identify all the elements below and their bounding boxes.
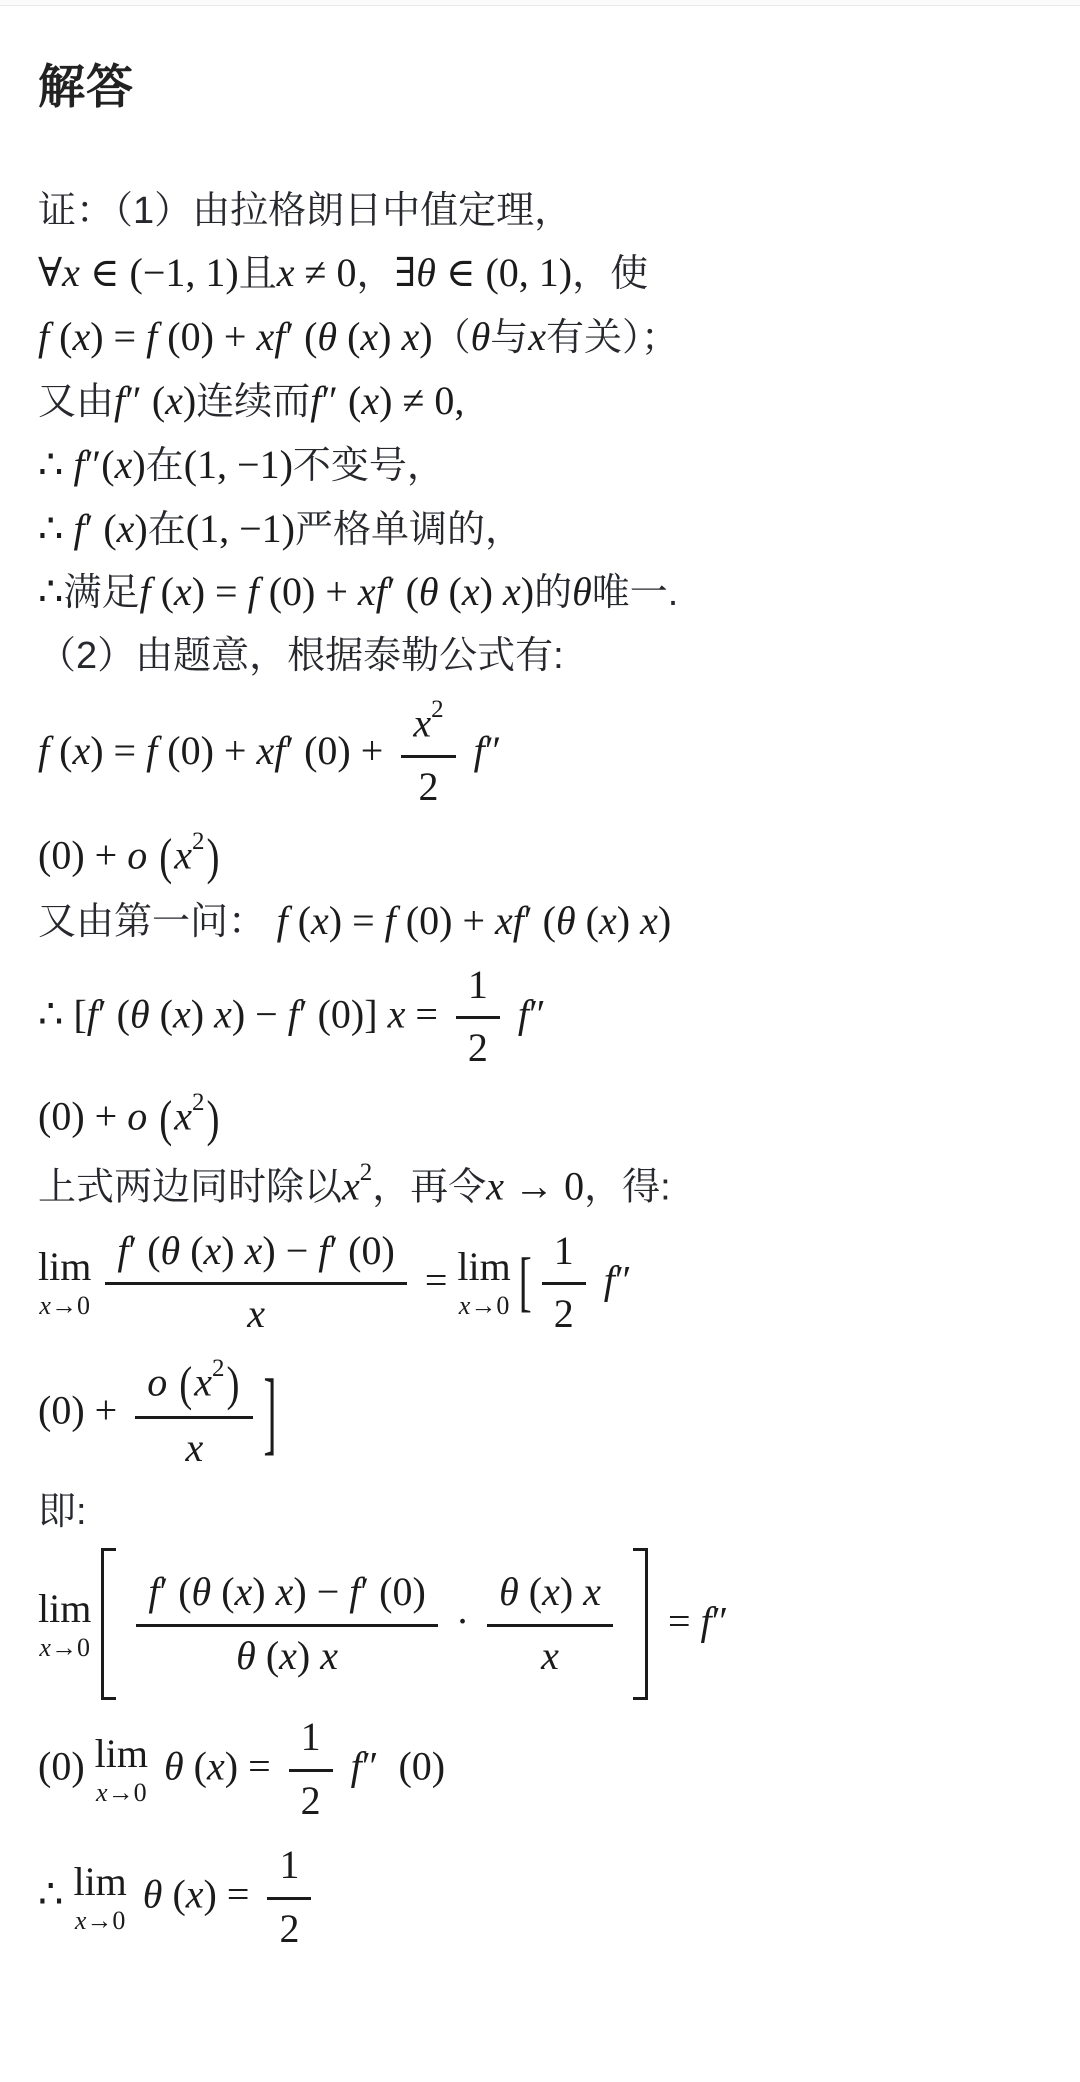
superscript: 2 — [192, 1086, 205, 1119]
text-run: 严格单调的， — [295, 509, 523, 551]
math-run: (1, −1) — [184, 442, 293, 487]
math-run: ∴ [f′ (θ (x) x) − f′ (0)] x = — [38, 991, 448, 1036]
text-run: 在 — [148, 509, 186, 551]
fraction: 12 — [542, 1225, 586, 1342]
text-run: 有关）； — [546, 317, 679, 359]
limit-operator: limx→0 — [457, 1246, 510, 1319]
math-run: = — [415, 1257, 458, 1302]
fraction: 12 — [267, 1839, 311, 1956]
math-run: x — [185, 1425, 203, 1470]
math-run: 2 — [279, 1906, 299, 1951]
text-run: 连续而 — [196, 381, 310, 423]
line-limit-equation: limx→0f′ (θ (x) x) − f′ (0)x = limx→0[12… — [38, 1225, 1040, 1342]
math-run: f (x) = f (0) + xf′ (θ (x) x) — [38, 314, 433, 359]
fraction-numerator: x2 — [401, 693, 455, 758]
fraction: 12 — [456, 959, 500, 1076]
math-run: θ (x) = — [154, 1744, 281, 1789]
fraction-numerator: θ (x) x — [487, 1566, 613, 1627]
text-run: （2）由题意，根据泰勒公式有: — [38, 635, 564, 677]
fraction-denominator: x — [135, 1419, 253, 1475]
bracket-left — [101, 1548, 116, 1700]
line-difference-eq: ∴ [f′ (θ (x) x) − f′ (0)] x = 12 f″ — [38, 959, 1040, 1076]
limit-subscript: x→0 — [96, 1779, 147, 1806]
limit-word: lim — [38, 1588, 91, 1630]
math-run: 2 — [468, 1025, 488, 1070]
superscript: 2 — [431, 696, 444, 725]
fraction-denominator: 2 — [456, 1019, 500, 1075]
math-run: (0) + o — [38, 832, 157, 877]
text-run: 证：（1）由拉格朗日中值定理， — [38, 190, 572, 232]
limit-subscript: x→0 — [39, 1634, 90, 1661]
fraction-numerator: 1 — [542, 1225, 586, 1286]
math-run: ∴ f″(x) — [38, 442, 146, 487]
bracket-left: [ — [519, 1239, 532, 1326]
text-run: ，使 — [572, 253, 648, 295]
math-run: 1 — [301, 1714, 321, 1759]
line-taylor-remainder: (0) + o (x2) — [38, 825, 1040, 884]
text-run: 又由第一问： — [38, 901, 277, 943]
math-run: θ — [471, 314, 491, 359]
fraction: f′ (θ (x) x) − f′ (0)x — [105, 1225, 406, 1342]
math-run: θ (x) x — [236, 1633, 338, 1678]
bracket-right: ) — [226, 1357, 239, 1413]
line-difference-eq-remainder: (0) + o (x2) — [38, 1086, 1040, 1145]
line-taylor-formula: f (x) = f (0) + xf′ (0) + x22 f″ — [38, 693, 1040, 814]
text-run: ， — [356, 253, 394, 295]
line-recall-part1: 又由第一问： f (x) = f (0) + xf′ (θ (x) x) — [38, 895, 1040, 948]
text-run: ，得: — [584, 1167, 671, 1209]
math-run: θ (x) = — [133, 1872, 260, 1917]
math-run: x — [528, 314, 546, 359]
limit-word: lim — [38, 1246, 91, 1288]
line-product-limit: limx→0f′ (θ (x) x) − f′ (0)θ (x) x · θ (… — [38, 1548, 1040, 1700]
math-run: ∃θ ∈ (0, 1) — [394, 250, 572, 295]
line-strictly-monotone: ∴ f′ (x)在(1, −1)严格单调的， — [38, 503, 1040, 556]
line-continuity: 又由f″ (x)连续而f″ (x) ≠ 0, — [38, 375, 1040, 428]
line-final-conclusion: ∴ limx→0 θ (x) = 12 — [38, 1839, 1040, 1956]
math-run: f′ (θ (x) x) − f′ (0) — [117, 1228, 394, 1273]
superscript: 2 — [192, 825, 205, 858]
math-run: 2 — [301, 1778, 321, 1823]
limit-operator: limx→0 — [38, 1246, 91, 1319]
text-run: 唯一. — [592, 572, 679, 614]
text-run: 不变号， — [293, 445, 445, 487]
math-run: θ — [572, 569, 592, 614]
bracket-right: ] — [263, 1352, 276, 1476]
math-run: (0) + — [38, 1388, 127, 1433]
line-forall-statement: ∀x ∈ (−1, 1)且x ≠ 0，∃θ ∈ (0, 1)，使 — [38, 247, 1040, 300]
math-run: x→0 — [75, 1906, 126, 1935]
text-run: 与 — [490, 317, 528, 359]
math-run: o — [147, 1360, 177, 1405]
text-run: 满足 — [63, 572, 139, 614]
math-run: f″ — [464, 728, 502, 773]
math-run: x — [541, 1633, 559, 1678]
math-run: ∴ — [38, 569, 63, 614]
text-run: 即: — [38, 1491, 87, 1533]
fraction: o (x2)x — [135, 1352, 253, 1474]
math-run: ∴ — [38, 1872, 73, 1917]
line-divide-both-sides: 上式两边同时除以x2，再令x → 0，得: — [38, 1156, 1040, 1213]
math-run: f″ (0) — [341, 1744, 445, 1789]
bracket-right: ) — [206, 1086, 219, 1153]
text-run: ，再令 — [372, 1167, 486, 1209]
fraction-denominator: θ (x) x — [136, 1627, 437, 1683]
math-run: f (x) = f (0) + xf′ (0) + — [38, 728, 393, 773]
limit-operator: limx→0 — [38, 1588, 91, 1661]
math-run: 2 — [418, 764, 438, 809]
limit-operator: limx→0 — [73, 1861, 126, 1934]
limit-subscript: x→0 — [459, 1292, 510, 1319]
fraction-denominator: 2 — [267, 1900, 311, 1956]
line-proof-intro: 证：（1）由拉格朗日中值定理， — [38, 185, 1040, 236]
superscript: 2 — [360, 1156, 373, 1189]
solution-page: 解答 证：（1）由拉格朗日中值定理，∀x ∈ (−1, 1)且x ≠ 0，∃θ … — [0, 6, 1080, 2037]
math-run: θ (x) x — [499, 1569, 601, 1614]
fraction-denominator: x — [487, 1627, 613, 1683]
limit-operator: limx→0 — [95, 1733, 148, 1806]
fraction-numerator: 1 — [267, 1839, 311, 1900]
math-run: 1 — [279, 1842, 299, 1887]
math-run: 1 — [554, 1228, 574, 1273]
math-run: f (x) = f (0) + xf′ (θ (x) x) — [277, 898, 672, 943]
math-run: ∀x ∈ (−1, 1) — [38, 250, 239, 295]
math-run: x — [247, 1291, 265, 1336]
superscript: 2 — [212, 1355, 225, 1384]
math-run: f′ (θ (x) x) − f′ (0) — [148, 1569, 425, 1614]
math-run: x — [174, 1094, 192, 1139]
math-run: x — [174, 832, 192, 877]
text-run: 上式两边同时除以 — [38, 1167, 342, 1209]
text-run: 又由 — [38, 381, 114, 423]
math-run: (1, −1) — [186, 506, 295, 551]
text-run: 且 — [239, 253, 277, 295]
line-part2-intro: （2）由题意，根据泰勒公式有: — [38, 630, 1040, 681]
math-run: = f″ — [658, 1598, 728, 1643]
math-run: x — [194, 1360, 212, 1405]
math-run: ∴ f′ (x) — [38, 506, 148, 551]
text-run: 在 — [146, 445, 184, 487]
math-run: x → 0 — [486, 1164, 584, 1209]
fraction-denominator: x — [105, 1285, 406, 1341]
fraction-numerator: f′ (θ (x) x) − f′ (0) — [136, 1566, 437, 1627]
fraction: θ (x) xx — [487, 1566, 613, 1683]
math-run: x→0 — [39, 1633, 90, 1662]
fraction-numerator: 1 — [289, 1711, 333, 1772]
math-run: f″ — [508, 991, 546, 1036]
bracket-left: ( — [159, 825, 172, 892]
limit-word: lim — [457, 1246, 510, 1288]
math-run: 1 — [468, 962, 488, 1007]
math-run: x→0 — [39, 1291, 90, 1320]
math-run: · — [446, 1598, 479, 1643]
line-product-limit-result: (0) limx→0 θ (x) = 12 f″ (0) — [38, 1711, 1040, 1828]
fraction-numerator: f′ (θ (x) x) − f′ (0) — [105, 1225, 406, 1286]
line-theta-unique: ∴满足f (x) = f (0) + xf′ (θ (x) x)的θ唯一. — [38, 566, 1040, 619]
math-run: (0) — [38, 1744, 95, 1789]
math-run: x→0 — [459, 1291, 510, 1320]
fraction-denominator: 2 — [401, 758, 455, 814]
bracket-left: ( — [179, 1357, 192, 1413]
math-run: (0) + o — [38, 1094, 157, 1139]
limit-subscript: x→0 — [39, 1292, 90, 1319]
bracket-left: ( — [159, 1086, 172, 1153]
solution-body: 证：（1）由拉格朗日中值定理，∀x ∈ (−1, 1)且x ≠ 0，∃θ ∈ (… — [38, 185, 1040, 1956]
math-run: f (x) = f (0) + xf′ (θ (x) x) — [139, 569, 534, 614]
math-run: x→0 — [96, 1778, 147, 1807]
fraction-denominator: 2 — [289, 1772, 333, 1828]
math-run: f″ — [594, 1257, 632, 1302]
fraction-numerator: o (x2) — [135, 1352, 253, 1419]
math-run: x — [413, 700, 431, 745]
line-limit-equation-remainder: (0) + o (x2)x] — [38, 1352, 1040, 1474]
fraction: f′ (θ (x) x) − f′ (0)θ (x) x — [136, 1566, 437, 1683]
fraction: x22 — [401, 693, 455, 814]
line-mvt-formula: f (x) = f (0) + xf′ (θ (x) x)（θ与x有关）； — [38, 311, 1040, 364]
bracket-right: ) — [206, 825, 219, 892]
math-run: x — [342, 1164, 360, 1209]
text-run: 的 — [534, 572, 572, 614]
math-run: 2 — [554, 1291, 574, 1336]
bracket-right — [633, 1548, 648, 1700]
fraction: 12 — [289, 1711, 333, 1828]
fraction-numerator: 1 — [456, 959, 500, 1020]
limit-word: lim — [95, 1733, 148, 1775]
page-title: 解答 — [38, 50, 1040, 117]
math-run: f″ (x) ≠ 0, — [310, 378, 464, 423]
fraction-denominator: 2 — [542, 1285, 586, 1341]
limit-subscript: x→0 — [75, 1907, 126, 1934]
limit-word: lim — [73, 1861, 126, 1903]
line-namely: 即: — [38, 1486, 1040, 1537]
math-run: x ≠ 0 — [277, 250, 357, 295]
text-run: （ — [433, 317, 471, 359]
math-run: f″ (x) — [114, 378, 196, 423]
line-sign-invariant: ∴ f″(x)在(1, −1)不变号， — [38, 439, 1040, 492]
